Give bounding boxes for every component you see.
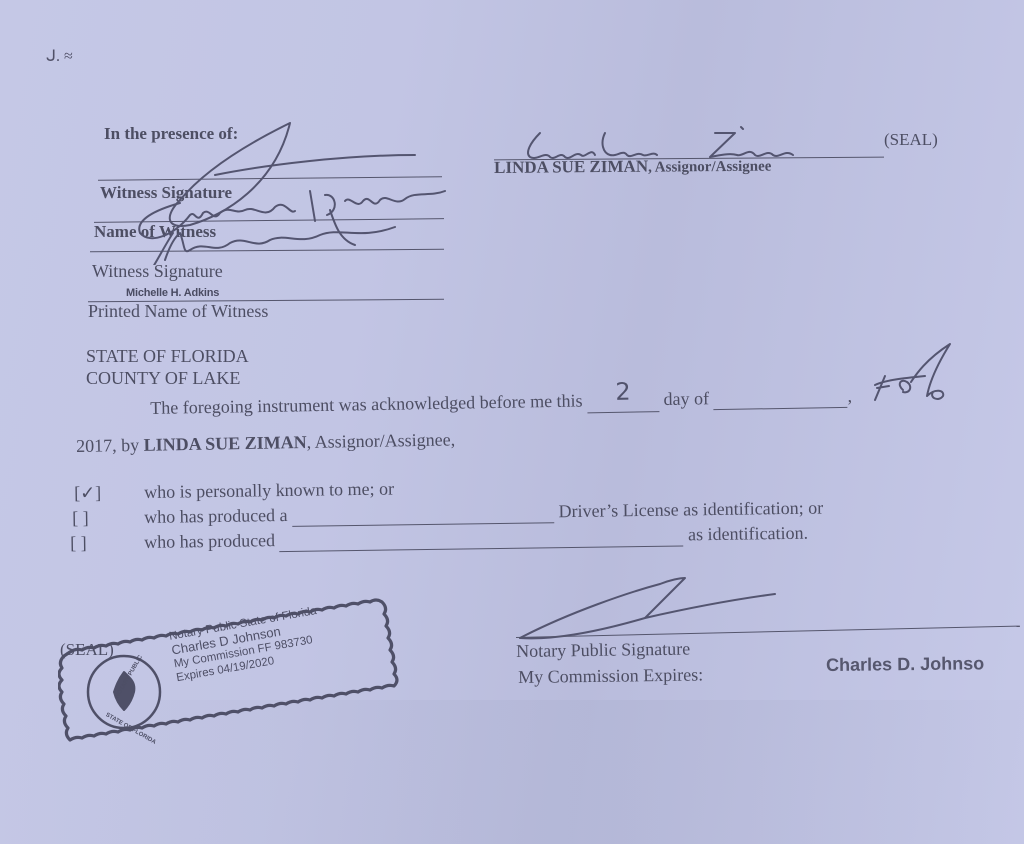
document-page: ᒍ. ≈ In the presence of: Witness Signatu…: [0, 0, 1024, 844]
id-option-2-checkbox[interactable]: [ ]: [72, 507, 144, 529]
id-option-1-text: who is personally known to me; or: [144, 479, 394, 502]
acknowledgment-line-1: The foregoing instrument was acknowledge…: [150, 380, 852, 421]
witness-signature-line-2: [90, 249, 444, 252]
printed-name-of-witness-label: Printed Name of Witness: [88, 301, 268, 322]
name-of-witness-label: Name of Witness: [94, 222, 216, 242]
venue-county: COUNTY OF LAKE: [86, 368, 240, 389]
notary-typed-name: Charles D. Johnso: [826, 653, 984, 676]
presence-heading: In the presence of:: [104, 124, 238, 144]
month-field[interactable]: Feb: [713, 386, 847, 410]
stamp-ring-top: NOTARY PUBLIC: [111, 652, 147, 701]
venue-state: STATE OF FLORIDA: [86, 346, 249, 367]
day-of-label: day of: [663, 388, 709, 409]
id-option-3-checkbox[interactable]: [ ]: [70, 532, 144, 554]
ack-line1-suffix: ,: [847, 386, 852, 406]
assignor-seal-label: (SEAL): [884, 130, 938, 150]
day-value: 2: [615, 378, 631, 406]
id-option-2-trailing: Driver’s License as identification; or: [558, 498, 823, 522]
ack-line2-suffix: , Assignor/Assignee,: [306, 429, 455, 452]
stamp-seal-label: (SEAL): [60, 640, 114, 660]
notary-signature-line: [516, 626, 1020, 638]
corner-mark: ᒍ. ≈: [46, 46, 73, 66]
acknowledgment-line-2: 2017, by LINDA SUE ZIMAN, Assignor/Assig…: [76, 429, 455, 457]
assignor-name: LINDA SUE ZIMAN: [494, 157, 648, 177]
day-field[interactable]: 2: [587, 383, 659, 413]
id-option-1-checkbox[interactable]: [✓]: [74, 482, 144, 504]
ack-line2-name: LINDA SUE ZIMAN: [143, 432, 306, 455]
printed-witness-name: Michelle H. Adkins: [126, 287, 219, 299]
assignor-name-line: LINDA SUE ZIMAN, Assignor/Assignee: [494, 156, 772, 178]
ack-line2-prefix: 2017, by: [76, 435, 144, 456]
id-option-3-trailing: as identification.: [688, 523, 808, 545]
assignor-role: , Assignor/Assignee: [648, 159, 771, 176]
commission-expires-label: My Commission Expires:: [518, 664, 703, 688]
month-handwriting: [855, 340, 965, 410]
witness-signature-label-2: Witness Signature: [92, 261, 223, 282]
id-option-1: [✓]who is personally known to me; or: [74, 479, 394, 504]
other-id-field[interactable]: [279, 524, 683, 552]
notary-signature-label: Notary Public Signature: [516, 639, 690, 662]
id-option-3-text: who has produced: [144, 530, 275, 552]
id-option-2-text: who has produced a: [144, 505, 288, 527]
witness-signature-line-1: [98, 176, 442, 181]
stamp-text-block: Notary Public State of Florida Charles D…: [168, 604, 325, 685]
paper-shadow: [0, 700, 1024, 844]
witness-signature-label-1: Witness Signature: [100, 183, 232, 203]
drivers-license-field[interactable]: [292, 501, 554, 527]
